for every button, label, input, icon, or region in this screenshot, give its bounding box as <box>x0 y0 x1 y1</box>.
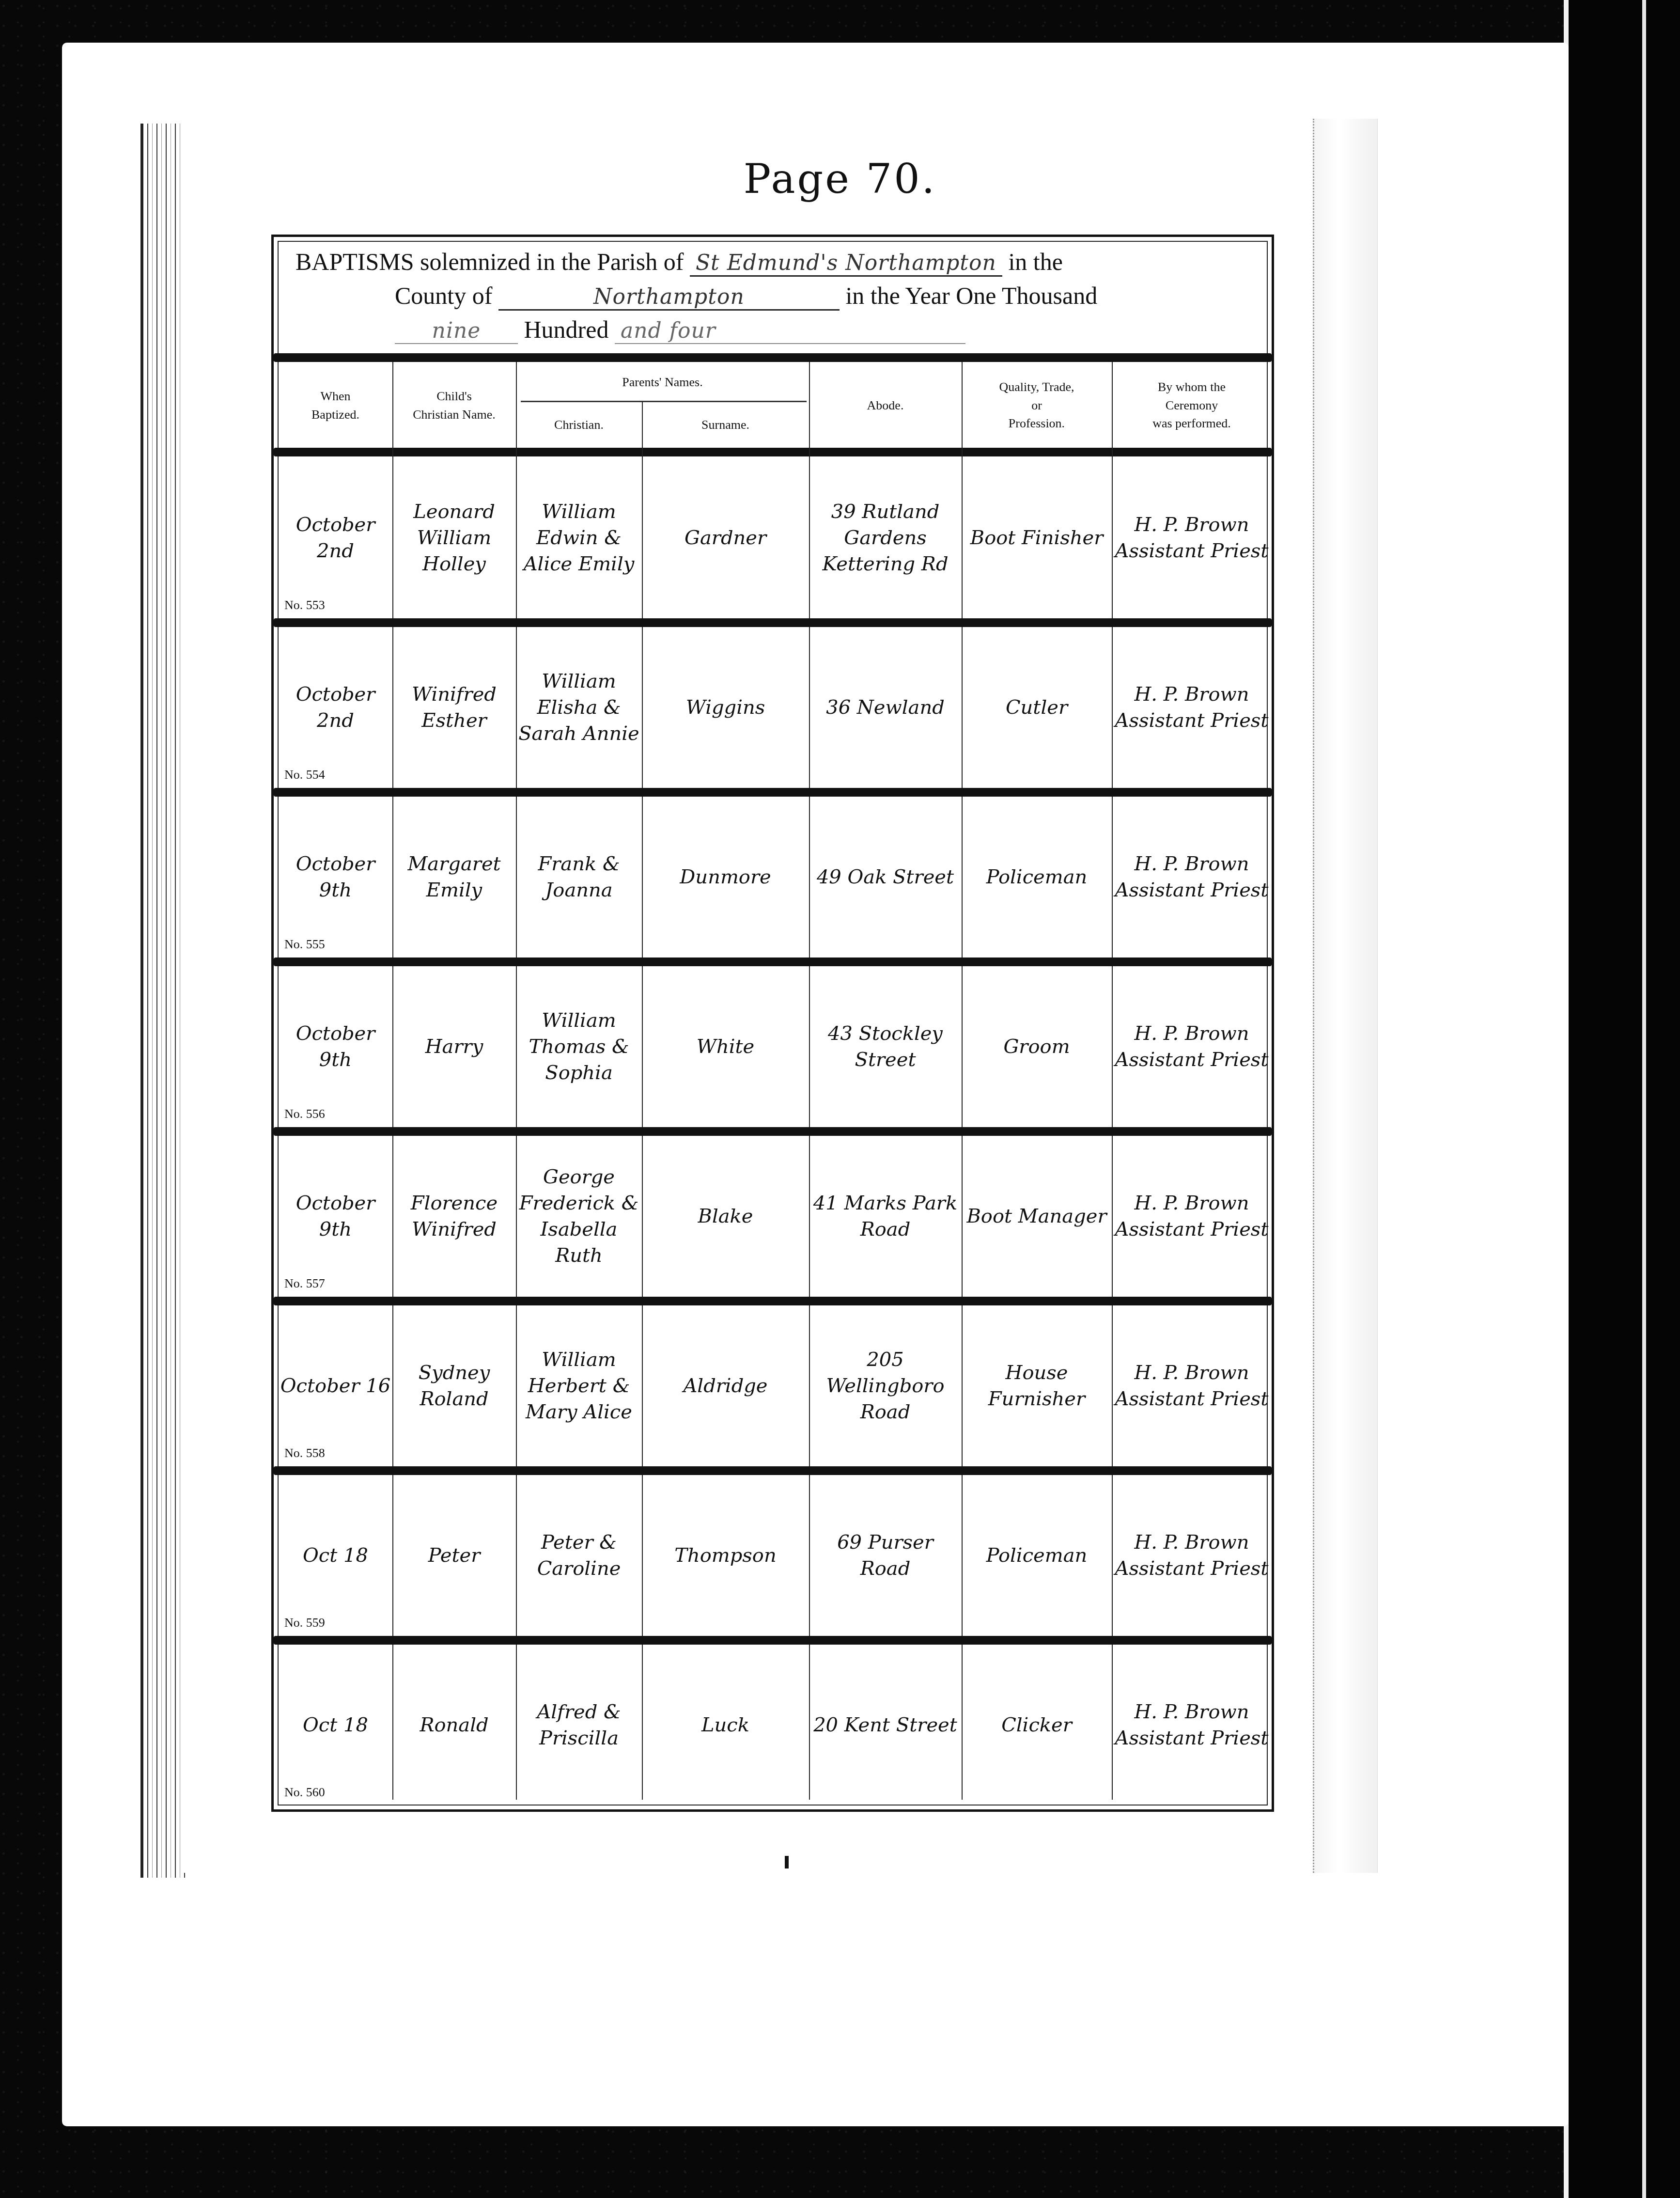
cell-child-name: Sydney Roland <box>392 1305 516 1466</box>
register-entry-row: October 9thFlorence WinifredGeorge Frede… <box>274 1136 1272 1297</box>
cell-profession: Boot Finisher <box>962 457 1112 618</box>
cell-when-baptized: October 2nd <box>279 627 392 788</box>
cell-child-name: Harry <box>392 966 516 1127</box>
register-entry-row: October 9thMargaret EmilyFrank & JoannaD… <box>274 797 1272 958</box>
cell-parents-surname: Wiggins <box>642 627 809 788</box>
cell-when-baptized: October 9th <box>279 1136 392 1297</box>
cell-profession: House Furnisher <box>962 1305 1112 1466</box>
col-header-abode: Abode. <box>809 365 962 445</box>
baptism-register: BAPTISMS solemnized in the Parish of St … <box>271 235 1274 1812</box>
cell-officiant: H. P. Brown Assistant Priest <box>1112 627 1272 788</box>
col-header-child-name: Child's Christian Name. <box>392 365 516 445</box>
register-entry-row: Oct 18RonaldAlfred & PriscillaLuck20 Ken… <box>274 1645 1272 1805</box>
cell-abode: 49 Oak Street <box>809 797 962 958</box>
cell-profession: Cutler <box>962 627 1112 788</box>
cell-parents-surname: Aldridge <box>642 1305 809 1466</box>
cell-profession: Clicker <box>962 1645 1112 1805</box>
cell-parents-christian: William Thomas & Sophia <box>516 966 642 1127</box>
cell-abode: 69 Purser Road <box>809 1475 962 1636</box>
entry-number: No. 558 <box>284 1446 325 1460</box>
cell-child-name: Peter <box>392 1475 516 1636</box>
cell-parents-surname: Dunmore <box>642 797 809 958</box>
page-fold <box>1313 119 1377 1873</box>
heading-county-label: County of <box>395 282 492 309</box>
register-heading: BAPTISMS solemnized in the Parish of St … <box>274 237 1272 356</box>
col-header-parents-surname: Surname. <box>642 404 809 445</box>
heading-line-2: County of Northampton in the Year One Th… <box>395 282 1097 311</box>
cell-parents-christian: Peter & Caroline <box>516 1475 642 1636</box>
heading-line-1: BAPTISMS solemnized in the Parish of St … <box>296 248 1063 277</box>
entry-divider <box>274 1466 1272 1475</box>
year-part-1-field: nine <box>395 318 518 344</box>
cell-when-baptized: October 9th <box>279 966 392 1127</box>
book-page-edges <box>140 124 187 1878</box>
entry-number: No. 553 <box>284 598 325 612</box>
entry-divider <box>274 618 1272 627</box>
cell-parents-christian: George Frederick & Isabella Ruth <box>516 1136 642 1297</box>
cell-profession: Policeman <box>962 797 1112 958</box>
col-header-when-baptized: When Baptized. <box>279 365 392 445</box>
heading-divider <box>274 353 1272 362</box>
entry-divider <box>274 1127 1272 1136</box>
cell-parents-christian: William Elisha & Sarah Annie <box>516 627 642 788</box>
entry-number: No. 554 <box>284 768 325 782</box>
page-mark <box>785 1856 789 1868</box>
register-entry-row: Oct 18PeterPeter & CarolineThompson69 Pu… <box>274 1475 1272 1636</box>
heading-hundred-label: Hundred <box>524 316 609 343</box>
page-title: Page 70. <box>0 155 1680 203</box>
cell-parents-christian: Frank & Joanna <box>516 797 642 958</box>
cell-child-name: Florence Winifred <box>392 1136 516 1297</box>
cell-parents-christian: William Herbert & Mary Alice <box>516 1305 642 1466</box>
entry-divider <box>274 1297 1272 1305</box>
cell-abode: 41 Marks Park Road <box>809 1136 962 1297</box>
cell-when-baptized: October 16 <box>279 1305 392 1466</box>
cell-abode: 20 Kent Street <box>809 1645 962 1805</box>
cell-abode: 36 Newland <box>809 627 962 788</box>
cell-when-baptized: Oct 18 <box>279 1475 392 1636</box>
entry-number: No. 557 <box>284 1276 325 1291</box>
cell-child-name: Margaret Emily <box>392 797 516 958</box>
entry-number: No. 559 <box>284 1616 325 1630</box>
cell-officiant: H. P. Brown Assistant Priest <box>1112 457 1272 618</box>
cell-when-baptized: Oct 18 <box>279 1645 392 1805</box>
cell-when-baptized: October 2nd <box>279 457 392 618</box>
cell-officiant: H. P. Brown Assistant Priest <box>1112 1475 1272 1636</box>
parents-header-rule <box>521 401 807 402</box>
cell-parents-surname: Gardner <box>642 457 809 618</box>
entry-divider <box>274 958 1272 966</box>
parish-field: St Edmund's Northampton <box>690 251 1002 277</box>
cell-child-name: Ronald <box>392 1645 516 1805</box>
register-entry-row: October 16Sydney RolandWilliam Herbert &… <box>274 1305 1272 1466</box>
county-field: Northampton <box>498 284 840 311</box>
entry-number: No. 556 <box>284 1107 325 1121</box>
cell-profession: Boot Manager <box>962 1136 1112 1297</box>
cell-profession: Policeman <box>962 1475 1112 1636</box>
col-header-officiant: By whom the Ceremony was performed. <box>1112 365 1272 445</box>
cell-officiant: H. P. Brown Assistant Priest <box>1112 797 1272 958</box>
cell-child-name: Winifred Esther <box>392 627 516 788</box>
cell-abode: 205 Wellingboro Road <box>809 1305 962 1466</box>
entry-divider <box>274 788 1272 797</box>
scanner-edge-line <box>1642 0 1646 2198</box>
register-entry-row: October 9thHarryWilliam Thomas & SophiaW… <box>274 966 1272 1127</box>
year-part-2-field: and four <box>615 318 965 344</box>
cell-profession: Groom <box>962 966 1112 1127</box>
col-header-parents-christian: Christian. <box>516 404 642 445</box>
cell-officiant: H. P. Brown Assistant Priest <box>1112 1136 1272 1297</box>
cell-parents-christian: William Edwin & Alice Emily <box>516 457 642 618</box>
cell-abode: 43 Stockley Street <box>809 966 962 1127</box>
header-divider <box>274 448 1272 456</box>
col-header-profession: Quality, Trade, or Profession. <box>962 365 1112 445</box>
cell-parents-surname: Luck <box>642 1645 809 1805</box>
heading-line2-suffix: in the Year One Thousand <box>845 282 1097 309</box>
cell-officiant: H. P. Brown Assistant Priest <box>1112 1305 1272 1466</box>
cell-parents-surname: Thompson <box>642 1475 809 1636</box>
cell-child-name: Leonard William Holley <box>392 457 516 618</box>
entry-divider <box>274 1636 1272 1645</box>
cell-when-baptized: October 9th <box>279 797 392 958</box>
col-header-parents-names: Parents' Names. <box>516 365 809 399</box>
heading-line-3: nine Hundred and four <box>395 315 965 344</box>
heading-parish-label: BAPTISMS solemnized in the Parish of <box>296 248 684 275</box>
cell-parents-christian: Alfred & Priscilla <box>516 1645 642 1805</box>
register-entry-row: October 2ndLeonard William HolleyWilliam… <box>274 457 1272 618</box>
cell-officiant: H. P. Brown Assistant Priest <box>1112 1645 1272 1805</box>
cell-parents-surname: White <box>642 966 809 1127</box>
scanner-edge-strip <box>1564 0 1680 2198</box>
heading-line1-suffix: in the <box>1008 248 1062 275</box>
register-entry-row: October 2ndWinifred EstherWilliam Elisha… <box>274 627 1272 788</box>
entry-number: No. 560 <box>284 1785 325 1800</box>
cell-parents-surname: Blake <box>642 1136 809 1297</box>
cell-abode: 39 Rutland Gardens Kettering Rd <box>809 457 962 618</box>
entry-number: No. 555 <box>284 937 325 952</box>
cell-officiant: H. P. Brown Assistant Priest <box>1112 966 1272 1127</box>
